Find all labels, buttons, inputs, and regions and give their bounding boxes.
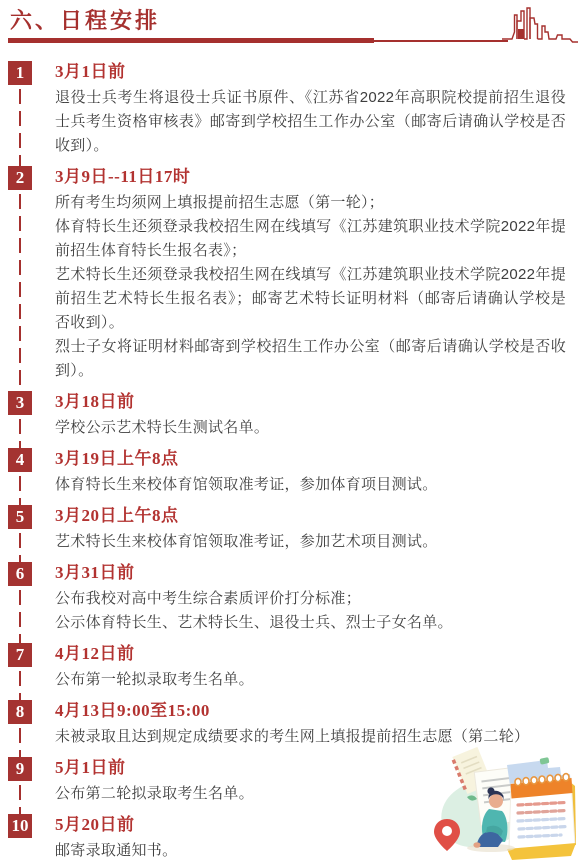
title-underline-thick — [8, 38, 374, 43]
timeline-number-badge: 5 — [8, 505, 32, 529]
timeline-number-badge: 4 — [8, 448, 32, 472]
timeline-date: 4月13日9:00至15:00 — [55, 699, 566, 722]
timeline-paragraph: 体育特长生还须登录我校招生网在线填写《江苏建筑职业技术学院2022年提前招生体育… — [55, 215, 566, 263]
timeline-paragraph: 艺术特长生还须登录我校招生网在线填写《江苏建筑职业技术学院2022年提前招生艺术… — [55, 263, 566, 335]
timeline-number-badge: 10 — [8, 814, 32, 838]
timeline-date: 3月31日前 — [55, 561, 566, 584]
timeline-number-badge: 9 — [8, 757, 32, 781]
timeline-item: 2 3月9日--11日17时 所有考生均须网上填报提前招生志愿（第一轮）；体育特… — [0, 165, 580, 383]
title-underline-thin — [374, 40, 508, 42]
timeline-paragraph: 所有考生均须网上填报提前招生志愿（第一轮）； — [55, 191, 566, 215]
timeline-body: 退役士兵考生将退役士兵证书原件、《江苏省2022年高职院校提前招生退役士兵考生资… — [55, 86, 566, 158]
timeline-number-badge: 8 — [8, 700, 32, 724]
timeline-date: 3月20日上午8点 — [55, 504, 566, 527]
timeline-paragraph: 公示体育特长生、艺术特长生、退役士兵、烈士子女名单。 — [55, 611, 566, 635]
timeline-paragraph: 公布我校对高中考生综合素质评价打分标准； — [55, 587, 566, 611]
timeline-number-badge: 6 — [8, 562, 32, 586]
timeline-date: 3月18日前 — [55, 390, 566, 413]
timeline-number-badge: 3 — [8, 391, 32, 415]
timeline-date: 4月12日前 — [55, 642, 566, 665]
header: 六、日程安排 — [0, 0, 580, 56]
timeline-body: 所有考生均须网上填报提前招生志愿（第一轮）；体育特长生还须登录我校招生网在线填写… — [55, 191, 566, 383]
timeline-body: 学校公示艺术特长生测试名单。 — [55, 416, 566, 440]
timeline-date: 3月9日--11日17时 — [55, 165, 566, 188]
timeline-date: 3月19日上午8点 — [55, 447, 566, 470]
timeline-number-badge: 1 — [8, 61, 32, 85]
timeline-paragraph: 烈士子女将证明材料邮寄到学校招生工作办公室（邮寄后请确认学校是否收到）。 — [55, 335, 566, 383]
timeline-body: 公布我校对高中考生综合素质评价打分标准；公示体育特长生、艺术特长生、退役士兵、烈… — [55, 587, 566, 635]
person-with-calendar-illustration — [423, 741, 577, 861]
timeline-paragraph: 学校公示艺术特长生测试名单。 — [55, 416, 566, 440]
timeline-body: 公布第一轮拟录取考生名单。 — [55, 668, 566, 692]
timeline-item: 3 3月18日前 学校公示艺术特长生测试名单。 — [0, 390, 580, 440]
timeline-number-badge: 2 — [8, 166, 32, 190]
schedule-page: { "header": { "title": "六、日程安排" }, "colo… — [0, 0, 580, 865]
timeline-body: 体育特长生来校体育馆领取准考证，参加体育项目测试。 — [55, 473, 566, 497]
timeline-item: 6 3月31日前 公布我校对高中考生综合素质评价打分标准；公示体育特长生、艺术特… — [0, 561, 580, 635]
timeline-item: 1 3月1日前 退役士兵考生将退役士兵证书原件、《江苏省2022年高职院校提前招… — [0, 60, 580, 158]
timeline-number-badge: 7 — [8, 643, 32, 667]
timeline-item: 5 3月20日上午8点 艺术特长生来校体育馆领取准考证，参加艺术项目测试。 — [0, 504, 580, 554]
timeline-date: 3月1日前 — [55, 60, 566, 83]
timeline-item: 4 3月19日上午8点 体育特长生来校体育馆领取准考证，参加体育项目测试。 — [0, 447, 580, 497]
timeline-item: 7 4月12日前 公布第一轮拟录取考生名单。 — [0, 642, 580, 692]
page-title: 六、日程安排 — [10, 4, 160, 35]
city-skyline-icon — [500, 3, 578, 45]
timeline-paragraph: 公布第一轮拟录取考生名单。 — [55, 668, 566, 692]
timeline-paragraph: 体育特长生来校体育馆领取准考证，参加体育项目测试。 — [55, 473, 566, 497]
timeline-body: 艺术特长生来校体育馆领取准考证，参加艺术项目测试。 — [55, 530, 566, 554]
timeline-paragraph: 退役士兵考生将退役士兵证书原件、《江苏省2022年高职院校提前招生退役士兵考生资… — [55, 86, 566, 158]
timeline-paragraph: 艺术特长生来校体育馆领取准考证，参加艺术项目测试。 — [55, 530, 566, 554]
